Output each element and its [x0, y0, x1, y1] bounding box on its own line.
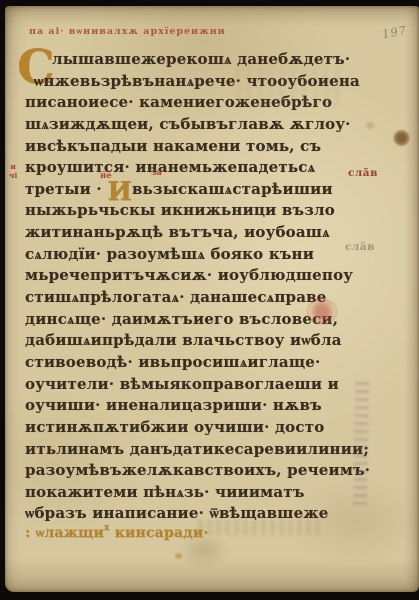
ink-offset-bleedthrough [353, 382, 369, 510]
margin-note-left-bottom: чі [9, 172, 17, 181]
text-line-with-initial: третыи · Ивьзыскашѧстарѣишии [25, 179, 359, 201]
folio-number: 197 [381, 23, 408, 41]
rubric-text: кинсаради· [115, 525, 209, 541]
text-line: шѧзиждѫщеи, събывъглавѫ ѫглоу· [25, 114, 359, 136]
text-line: ивсѣкъпадыи накамени томь, съ [25, 136, 359, 158]
wax-stain [393, 130, 410, 146]
pericope-mark: за’ [151, 168, 165, 178]
text-line: сѧлюдїи· разоумѣшѧ бояко къни [25, 244, 359, 266]
text-line: оучиши· иненалицазриши· нѫвъ [25, 395, 359, 417]
ghost-text-bleedthrough [198, 520, 323, 535]
text-line: житинаньрѫцѣ вътъча, иоубоашѧ [25, 222, 359, 244]
text-line-post: вьзыскашѧстарѣишии [132, 180, 333, 198]
library-stamp [307, 299, 337, 324]
text-line: оучители· вѣмыякоправоглаеши и [25, 374, 359, 396]
text-line: истинѫпѫтибжии оучиши· досто [25, 417, 359, 439]
text-line-pre: третыи · [25, 180, 102, 198]
parchment-page: па аі· вѡнивалхѫ архїереижни 197 С лышав… [5, 6, 419, 592]
rubric-text: : ѡлажщи [25, 525, 104, 541]
text-line: дабишѧипрѣдали влачьствоу иѡбла [25, 330, 359, 352]
rubric-superscript: х [104, 523, 110, 533]
ghost-text-bleedthrough [235, 66, 340, 106]
text-line: покажитеми пѣнѧзь· чиииматъ [25, 482, 359, 504]
text-block: лышавшежерекошѧ данебѫдетъ· ѡнжевьзрѣвън… [25, 49, 359, 545]
text-line: мьречепритъчѫсиѫ· иоублюдшепоу [25, 265, 359, 287]
ink-speck [175, 553, 182, 559]
margin-note-slava-faint: сла̃в [345, 241, 375, 253]
text-line: ныжьрьчьскы икнижьници възло [25, 200, 359, 222]
margin-note-slava: сла̃в [348, 167, 378, 179]
text-line: кроушится· инанемьжепадетьсѧ [25, 157, 359, 179]
running-header: па аі· вѡнивалхѫ архїереижни [29, 26, 226, 37]
text-line: итьлинамъ данъдатикесаревиилинии; [25, 439, 359, 461]
pericope-mark: н̃е [100, 171, 112, 181]
text-line: стивоеводѣ· ивьпросишѧиглаще· [25, 352, 359, 374]
manuscript-photo: па аі· вѡнивалхѫ архїереижни 197 С лышав… [0, 0, 419, 600]
margin-note-left: и чі [9, 163, 17, 180]
text-line: разоумѣвъжелѫкавствоихъ, речеимъ· [25, 460, 359, 482]
stain-speck [366, 122, 374, 129]
